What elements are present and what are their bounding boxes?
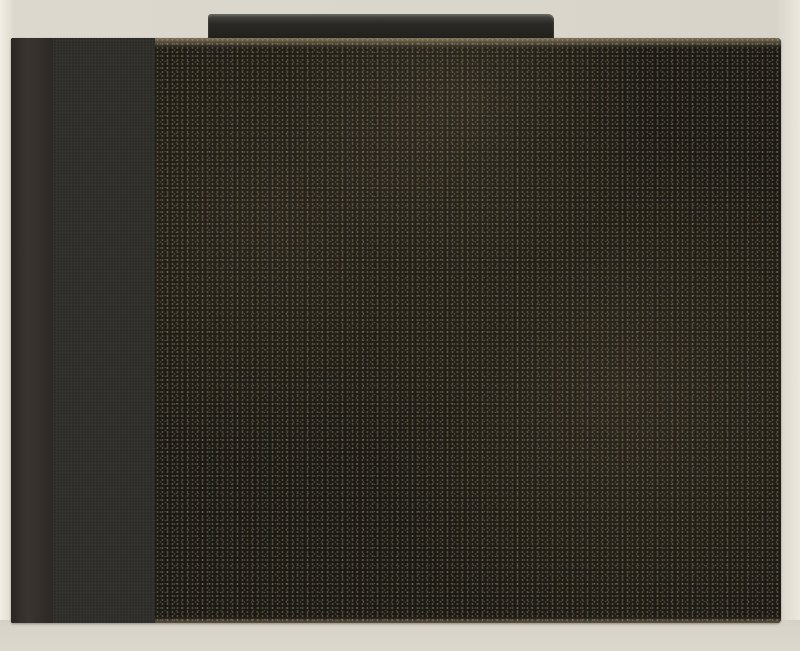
- cover-worn-top-edge: [155, 38, 781, 48]
- cover-speckle-texture: [155, 38, 781, 623]
- cover-worn-bottom-edge: [155, 617, 781, 623]
- background-bottom: [0, 620, 800, 651]
- notebook-spine: [53, 38, 155, 623]
- notebook-spine-edge: [11, 38, 53, 623]
- notebook: [11, 38, 781, 623]
- notebook-front-cover: [155, 38, 781, 623]
